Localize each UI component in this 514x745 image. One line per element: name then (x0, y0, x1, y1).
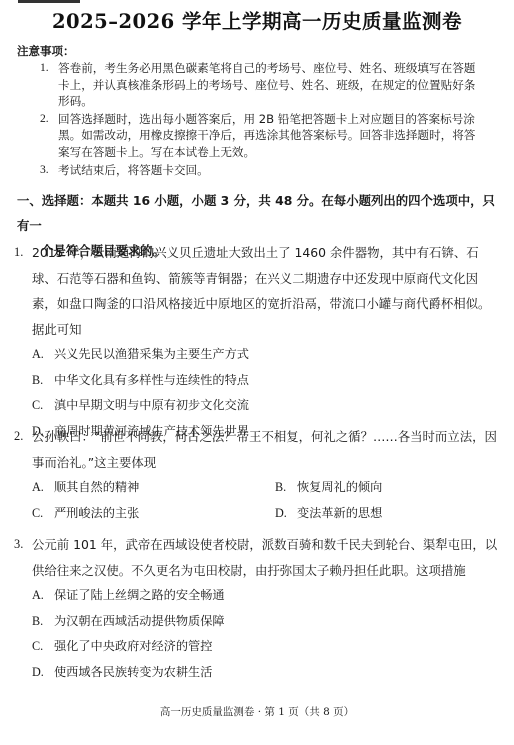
option-text: 为汉朝在西域活动提供物质保障 (54, 614, 225, 628)
page-title: 2025–2026 学年上学期高一历史质量监测卷 (0, 6, 514, 34)
notice-item: 3. 考试结束后，将答题卡交回。 (40, 162, 480, 179)
notice-number: 2. (40, 111, 49, 128)
option-c: C.严刑峻法的主张 (14, 501, 257, 527)
notice-number: 1. (40, 60, 49, 77)
option-text: 滇中早期文明与中原有初步文化交流 (54, 398, 249, 412)
option-label: A. (32, 475, 54, 501)
option-row: C.严刑峻法的主张 D.变法革新的思想 (14, 501, 500, 527)
option-label: B. (275, 475, 297, 501)
notice-heading: 注意事项： (17, 43, 75, 59)
option-text: 保证了陆上丝绸之路的安全畅通 (54, 588, 225, 602)
question-stem: 2. 公孙鞅曰：“前世不同教，何古之法？帝王不相复，何礼之循？……各当时而立法，… (14, 424, 500, 475)
option-label: D. (275, 501, 297, 527)
section-heading-line1: 一、选择题：本题共 16 小题，小题 3 分，共 48 分。在每小题列出的四个选… (17, 193, 495, 233)
option-b: B.恢复周礼的倾向 (257, 475, 500, 501)
option-label: B. (32, 368, 54, 394)
option-row: A.顺其自然的精神 B.恢复周礼的倾向 (14, 475, 500, 501)
option-text: 恢复周礼的倾向 (297, 480, 382, 494)
option-text: 顺其自然的精神 (54, 480, 139, 494)
option-c: C.强化了中央政府对经济的管控 (14, 634, 500, 660)
question-3: 3. 公元前 101 年，武帝在西域设使者校尉，派数百骑和数千民夫到轮台、渠犁屯… (14, 532, 500, 685)
question-text: 2015 年，云南通海的兴义贝丘遗址大致出土了 1460 余件器物，其中有石锛、… (32, 245, 490, 337)
question-text: 公孙鞅曰：“前世不同教，何古之法？帝王不相复，何礼之循？……各当时而立法，因事而… (32, 429, 497, 470)
option-text: 中华文化具有多样性与连续性的特点 (54, 373, 249, 387)
option-label: D. (32, 660, 54, 686)
option-b: B.为汉朝在西域活动提供物质保障 (14, 609, 500, 635)
option-c: C.滇中早期文明与中原有初步文化交流 (14, 393, 500, 419)
question-1: 1. 2015 年，云南通海的兴义贝丘遗址大致出土了 1460 余件器物，其中有… (14, 240, 500, 444)
page-footer: 高一历史质量监测卷 · 第 1 页（共 8 页） (0, 704, 514, 719)
notice-text: 回答选择题时，选出每小题答案后，用 2B 铅笔把答题卡上对应题目的答案标号涂黑。… (58, 112, 475, 159)
notice-text: 考试结束后，将答题卡交回。 (58, 163, 209, 177)
option-label: A. (32, 583, 54, 609)
option-label: B. (32, 609, 54, 635)
question-stem: 3. 公元前 101 年，武帝在西域设使者校尉，派数百骑和数千民夫到轮台、渠犁屯… (14, 532, 500, 583)
option-text: 严刑峻法的主张 (54, 506, 139, 520)
notice-number: 3. (40, 162, 49, 179)
option-text: 强化了中央政府对经济的管控 (54, 639, 212, 653)
notice-item: 2. 回答选择题时，选出每小题答案后，用 2B 铅笔把答题卡上对应题目的答案标号… (40, 111, 480, 161)
option-b: B.中华文化具有多样性与连续性的特点 (14, 368, 500, 394)
option-label: A. (32, 342, 54, 368)
question-stem: 1. 2015 年，云南通海的兴义贝丘遗址大致出土了 1460 余件器物，其中有… (14, 240, 500, 342)
question-number: 2. (14, 424, 23, 450)
notice-list: 1. 答卷前，考生务必用黑色碳素笔将自己的考场号、座位号、姓名、班级填写在答题卡… (40, 60, 480, 179)
question-number: 1. (14, 240, 23, 266)
option-a: A.保证了陆上丝绸之路的安全畅通 (14, 583, 500, 609)
option-label: C. (32, 634, 54, 660)
option-label: C. (32, 393, 54, 419)
notice-item: 1. 答卷前，考生务必用黑色碳素笔将自己的考场号、座位号、姓名、班级填写在答题卡… (40, 60, 480, 110)
option-a: A.兴义先民以渔猎采集为主要生产方式 (14, 342, 500, 368)
question-2: 2. 公孙鞅曰：“前世不同教，何古之法？帝王不相复，何礼之循？……各当时而立法，… (14, 424, 500, 526)
option-a: A.顺其自然的精神 (14, 475, 257, 501)
option-text: 兴义先民以渔猎采集为主要生产方式 (54, 347, 249, 361)
option-d: D.使西域各民族转变为农耕生活 (14, 660, 500, 686)
option-text: 变法革新的思想 (297, 506, 382, 520)
option-text: 使西域各民族转变为农耕生活 (54, 665, 212, 679)
option-label: C. (32, 501, 54, 527)
question-number: 3. (14, 532, 23, 558)
question-text: 公元前 101 年，武帝在西域设使者校尉，派数百骑和数千民夫到轮台、渠犁屯田，以… (32, 537, 497, 578)
option-d: D.变法革新的思想 (257, 501, 500, 527)
notice-text: 答卷前，考生务必用黑色碳素笔将自己的考场号、座位号、姓名、班级填写在答题卡上，并… (58, 61, 475, 108)
header-rule (18, 0, 80, 3)
